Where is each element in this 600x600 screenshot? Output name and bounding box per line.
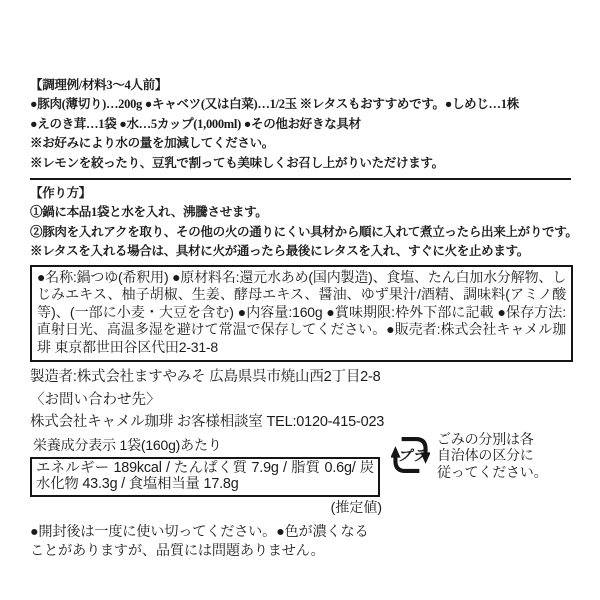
manufacturer-line: 製造者:株式会社ますやみそ 広島県呉市焼山西2丁目2-8 xyxy=(30,367,572,387)
bottom-area: 栄養成分表示 1袋(160g)あたり エネルギー 189kcal / たんぱく質… xyxy=(30,436,572,562)
recycle-note: ごみの分別は各 自治体の区分に 従ってください。 xyxy=(437,431,547,481)
directions-heading: 【作り方】 xyxy=(30,184,572,203)
nutrition-column: 栄養成分表示 1袋(160g)あたり エネルギー 189kcal / たんぱく質… xyxy=(30,436,382,562)
recycle-column: プラ ごみの分別は各 自治体の区分に 従ってください。 xyxy=(382,431,572,562)
contact-line: 株式会社キャメル珈琲 お客様相談室 TEL:0120-415-023 xyxy=(30,412,572,432)
product-info-box: ●名称:鍋つゆ(希釈用) ●原材料名:還元水あめ(国内製造)、食塩、たん白加水分… xyxy=(30,265,573,362)
cooking-example-section: 【調理例/材料3〜4人前】 ●豚肉(薄切り)…200g ●キャベツ(又は白菜)…… xyxy=(30,76,572,173)
usage-warnings: ●開封後は一度に使い切ってください。●色が濃くなることがありますが、品質には問題… xyxy=(30,523,382,561)
nutrition-heading: 栄養成分表示 1袋(160g)あたり xyxy=(30,436,382,455)
cooking-ingredients-line: ●豚肉(薄切り)…200g ●キャベツ(又は白菜)…1/2玉 ※レタスもおすすめ… xyxy=(30,95,572,114)
recycle-note-line: 自治体の区分に xyxy=(437,447,547,464)
directions-section: 【作り方】 ①鍋に本品1袋と水を入れ、沸騰させます。 ②豚肉を入れアクを取り、そ… xyxy=(30,184,572,262)
nutrition-facts-box: エネルギー 189kcal / たんぱく質 7.9g / 脂質 0.6g/ 炭水… xyxy=(30,457,380,498)
recycle-note-line: ごみの分別は各 xyxy=(437,431,547,448)
directions-note: ※レタスを入れる場合は、具材に火が通ったら最後にレタスを入れ、すぐに火を止めます… xyxy=(30,242,572,261)
recycle-note-line: 従ってください。 xyxy=(437,464,547,481)
cooking-ingredients-line: ●えのき茸…1袋 ●水…5カップ(1,000ml) ●その他お好きな具材 xyxy=(30,115,572,134)
section-divider xyxy=(30,178,571,180)
nutrition-estimate-note: (推定値) xyxy=(30,498,382,516)
contact-heading: 〈お問い合わせ先〉 xyxy=(30,390,572,410)
cooking-example-heading: 【調理例/材料3〜4人前】 xyxy=(30,76,572,95)
directions-step: ①鍋に本品1袋と水を入れ、沸騰させます。 xyxy=(30,203,572,222)
cooking-note-line: ※お好みにより水の量を加減してください。 xyxy=(30,134,572,153)
plastic-mark-text: プラ xyxy=(397,448,425,464)
cooking-note-line: ※レモンを絞ったり、豆乳で割っても美味しくお召し上がりいただけます。 xyxy=(30,154,572,173)
package-back-label: 【調理例/材料3〜4人前】 ●豚肉(薄切り)…200g ●キャベツ(又は白菜)…… xyxy=(0,0,600,600)
directions-step: ②豚肉を入れアクを取り、その他の火の通りにくい具材から順に入れて煮立ったら出来上… xyxy=(30,223,572,242)
plastic-recycling-icon: プラ xyxy=(391,434,430,476)
